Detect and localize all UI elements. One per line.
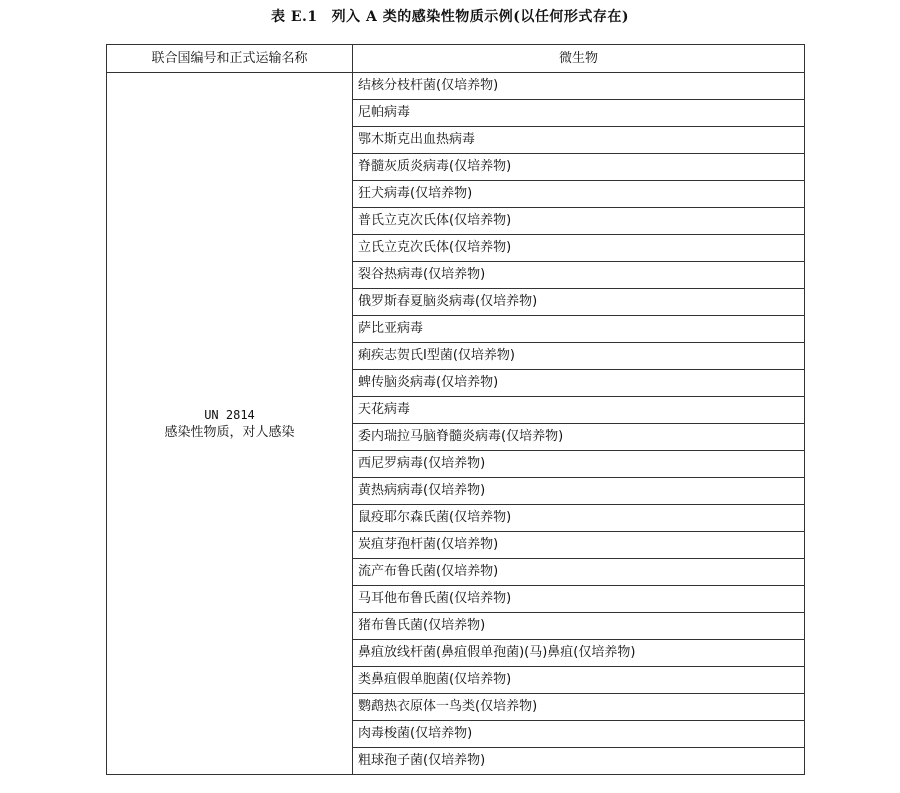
- organism-cell: 粗球孢子菌(仅培养物): [353, 748, 805, 775]
- organism-cell: 天花病毒: [353, 397, 805, 424]
- organism-cell: 鄂木斯克出血热病毒: [353, 127, 805, 154]
- proper-shipping-name: 感染性物质，对人感染: [107, 424, 352, 442]
- organism-cell: 结核分枝杆菌(仅培养物): [353, 73, 805, 100]
- header-microorganism: 微生物: [353, 45, 805, 73]
- header-un-number: 联合国编号和正式运输名称: [107, 45, 353, 73]
- organism-cell: 西尼罗病毒(仅培养物): [353, 451, 805, 478]
- organism-cell: 裂谷热病毒(仅培养物): [353, 262, 805, 289]
- organism-cell: 马耳他布鲁氏菌(仅培养物): [353, 586, 805, 613]
- organism-cell: 流产布鲁氏菌(仅培养物): [353, 559, 805, 586]
- table-row: UN 2814 感染性物质，对人感染 结核分枝杆菌(仅培养物): [107, 73, 805, 100]
- table-caption: 表 E.1列入 A 类的感染性物质示例(以任何形式存在): [0, 6, 900, 26]
- organism-cell: 尼帕病毒: [353, 100, 805, 127]
- organism-cell: 狂犬病毒(仅培养物): [353, 181, 805, 208]
- organism-cell: 类鼻疽假单胞菌(仅培养物): [353, 667, 805, 694]
- organism-cell: 脊髓灰质炎病毒(仅培养物): [353, 154, 805, 181]
- organism-cell: 鼻疽放线杆菌(鼻疽假单孢菌)(马)鼻疽(仅培养物): [353, 640, 805, 667]
- un-code: UN 2814: [107, 406, 352, 424]
- table-number: 表 E.1: [271, 9, 318, 25]
- organism-cell: 鼠疫耶尔森氏菌(仅培养物): [353, 505, 805, 532]
- organism-cell: 委内瑞拉马脑脊髓炎病毒(仅培养物): [353, 424, 805, 451]
- table-title: 列入 A 类的感染性物质示例(以任何形式存在): [332, 9, 629, 25]
- infectious-substances-table: 联合国编号和正式运输名称 微生物 UN 2814 感染性物质，对人感染 结核分枝…: [106, 44, 805, 775]
- header-row: 联合国编号和正式运输名称 微生物: [107, 45, 805, 73]
- organism-cell: 黄热病病毒(仅培养物): [353, 478, 805, 505]
- organism-cell: 鹦鹉热衣原体一鸟类(仅培养物): [353, 694, 805, 721]
- organism-cell: 炭疽芽孢杆菌(仅培养物): [353, 532, 805, 559]
- table-body: UN 2814 感染性物质，对人感染 结核分枝杆菌(仅培养物) 尼帕病毒 鄂木斯…: [107, 73, 805, 775]
- un-entry-cell: UN 2814 感染性物质，对人感染: [107, 73, 353, 775]
- organism-cell: 立氏立克次氏体(仅培养物): [353, 235, 805, 262]
- organism-cell: 普氏立克次氏体(仅培养物): [353, 208, 805, 235]
- organism-cell: 萨比亚病毒: [353, 316, 805, 343]
- organism-cell: 猪布鲁氏菌(仅培养物): [353, 613, 805, 640]
- organism-cell: 蜱传脑炎病毒(仅培养物): [353, 370, 805, 397]
- organism-cell: 俄罗斯春夏脑炎病毒(仅培养物): [353, 289, 805, 316]
- organism-cell: 肉毒梭菌(仅培养物): [353, 721, 805, 748]
- organism-cell: 痢疾志贺氏I型菌(仅培养物): [353, 343, 805, 370]
